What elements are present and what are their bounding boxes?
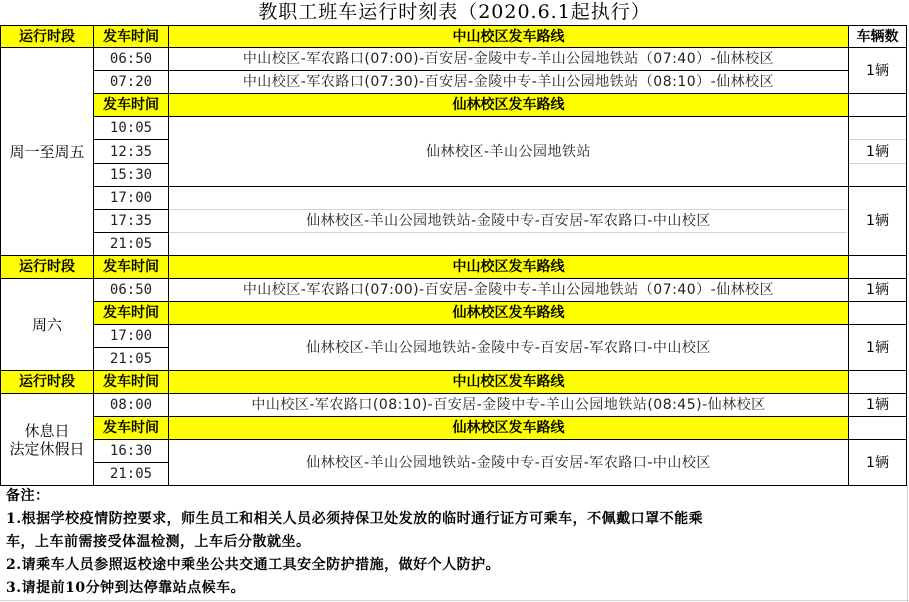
route-cell: 仙林校区-羊山公园地铁站-金陵中专-百安居-军农路口-中山校区 xyxy=(168,439,849,486)
header-departure-time: 发车时间 xyxy=(93,416,169,440)
departure-time: 15:30 xyxy=(93,163,169,187)
gridline xyxy=(849,139,906,140)
period-line: 休息日 xyxy=(24,422,69,440)
header-period: 运行时段 xyxy=(0,370,94,394)
departure-time: 21:05 xyxy=(93,232,169,256)
gridline xyxy=(169,232,847,233)
vehicle-count: 1辆 xyxy=(848,439,907,486)
departure-time: 12:35 xyxy=(93,139,169,164)
departure-time: 21:05 xyxy=(93,462,169,486)
departure-time: 17:00 xyxy=(93,186,169,210)
departure-time: 17:35 xyxy=(93,209,169,233)
gridline xyxy=(907,485,908,602)
period-line: 法定休假日 xyxy=(9,440,84,458)
route-cell: 仙林校区-羊山公园地铁站 xyxy=(168,116,849,187)
header-vehicles: 车辆数 xyxy=(848,25,907,48)
empty-cell xyxy=(848,370,907,394)
vehicle-count: 1辆 xyxy=(848,186,907,256)
route-cell: 中山校区-军农路口(07:00)-百安居-金陵中专-羊山公园地铁站（07:40）… xyxy=(168,47,849,71)
notes-heading: 备注： xyxy=(6,485,906,508)
header-xianlin-route: 仙林校区发车路线 xyxy=(168,301,849,325)
empty-cell xyxy=(848,301,907,325)
departure-time: 06:50 xyxy=(93,278,169,302)
period-saturday: 周六 xyxy=(0,278,94,371)
empty-cell xyxy=(848,93,907,117)
vehicle-count: 1辆 xyxy=(848,393,907,417)
vehicle-count: 1辆 xyxy=(848,324,907,371)
route-cell: 仙林校区-羊山公园地铁站-金陵中专-百安居-军农路口-中山校区 xyxy=(168,186,849,256)
header-zhongshan-route: 中山校区发车路线 xyxy=(168,370,849,394)
departure-time: 08:00 xyxy=(93,393,169,417)
departure-time: 16:30 xyxy=(93,439,169,463)
note-line: 3.请提前10分钟到达停靠站点候车。 xyxy=(6,577,906,600)
gridline xyxy=(0,600,909,601)
notes-section: 备注： 1.根据学校疫情防控要求，师生员工和相关人员必须持保卫处发放的临时通行证… xyxy=(2,485,906,600)
gridline xyxy=(169,209,847,210)
vehicle-count: 1辆 xyxy=(848,116,907,187)
empty-cell xyxy=(848,255,907,279)
departure-time: 17:00 xyxy=(93,324,169,348)
route-cell: 中山校区-军农路口(07:30)-百安居-金陵中专-羊山公园地铁站（08:10）… xyxy=(168,70,849,94)
note-line: 1.根据学校疫情防控要求，师生员工和相关人员必须持保卫处发放的临时通行证方可乘车… xyxy=(6,508,906,531)
period-holidays: 休息日 法定休假日 xyxy=(0,393,94,486)
route-cell: 中山校区-军农路口(07:00)-百安居-金陵中专-羊山公园地铁站（07:40）… xyxy=(168,278,849,302)
page-title: 教职工班车运行时刻表（2020.6.1起执行） xyxy=(0,0,909,25)
route-cell: 中山校区-军农路口(08:10)-百安居-金陵中专-羊山公园地铁站(08:45)… xyxy=(168,393,849,417)
header-departure-time: 发车时间 xyxy=(93,93,169,117)
vehicle-count: 1辆 xyxy=(848,47,907,94)
period-weekdays: 周一至周五 xyxy=(0,47,94,256)
vehicle-count: 1辆 xyxy=(848,278,907,302)
header-zhongshan-route: 中山校区发车路线 xyxy=(168,255,849,279)
note-line: 车，上车前需接受体温检测，上车后分散就坐。 xyxy=(6,531,906,554)
header-departure-time: 发车时间 xyxy=(93,25,169,48)
header-departure-time: 发车时间 xyxy=(93,301,169,325)
route-cell: 仙林校区-羊山公园地铁站-金陵中专-百安居-军农路口-中山校区 xyxy=(168,324,849,371)
header-departure-time: 发车时间 xyxy=(93,370,169,394)
departure-time: 21:05 xyxy=(93,347,169,371)
header-departure-time: 发车时间 xyxy=(93,255,169,279)
departure-time: 10:05 xyxy=(93,116,169,140)
gridline xyxy=(849,163,906,164)
note-line: 2.请乘车人员参照返校途中乘坐公共交通工具安全防护措施，做好个人防护。 xyxy=(6,554,906,577)
header-zhongshan-route: 中山校区发车路线 xyxy=(168,25,849,48)
header-xianlin-route: 仙林校区发车路线 xyxy=(168,93,849,117)
empty-cell xyxy=(848,416,907,440)
departure-time: 07:20 xyxy=(93,70,169,94)
header-xianlin-route: 仙林校区发车路线 xyxy=(168,416,849,440)
departure-time: 06:50 xyxy=(93,47,169,71)
header-period: 运行时段 xyxy=(0,25,94,48)
header-period: 运行时段 xyxy=(0,255,94,279)
